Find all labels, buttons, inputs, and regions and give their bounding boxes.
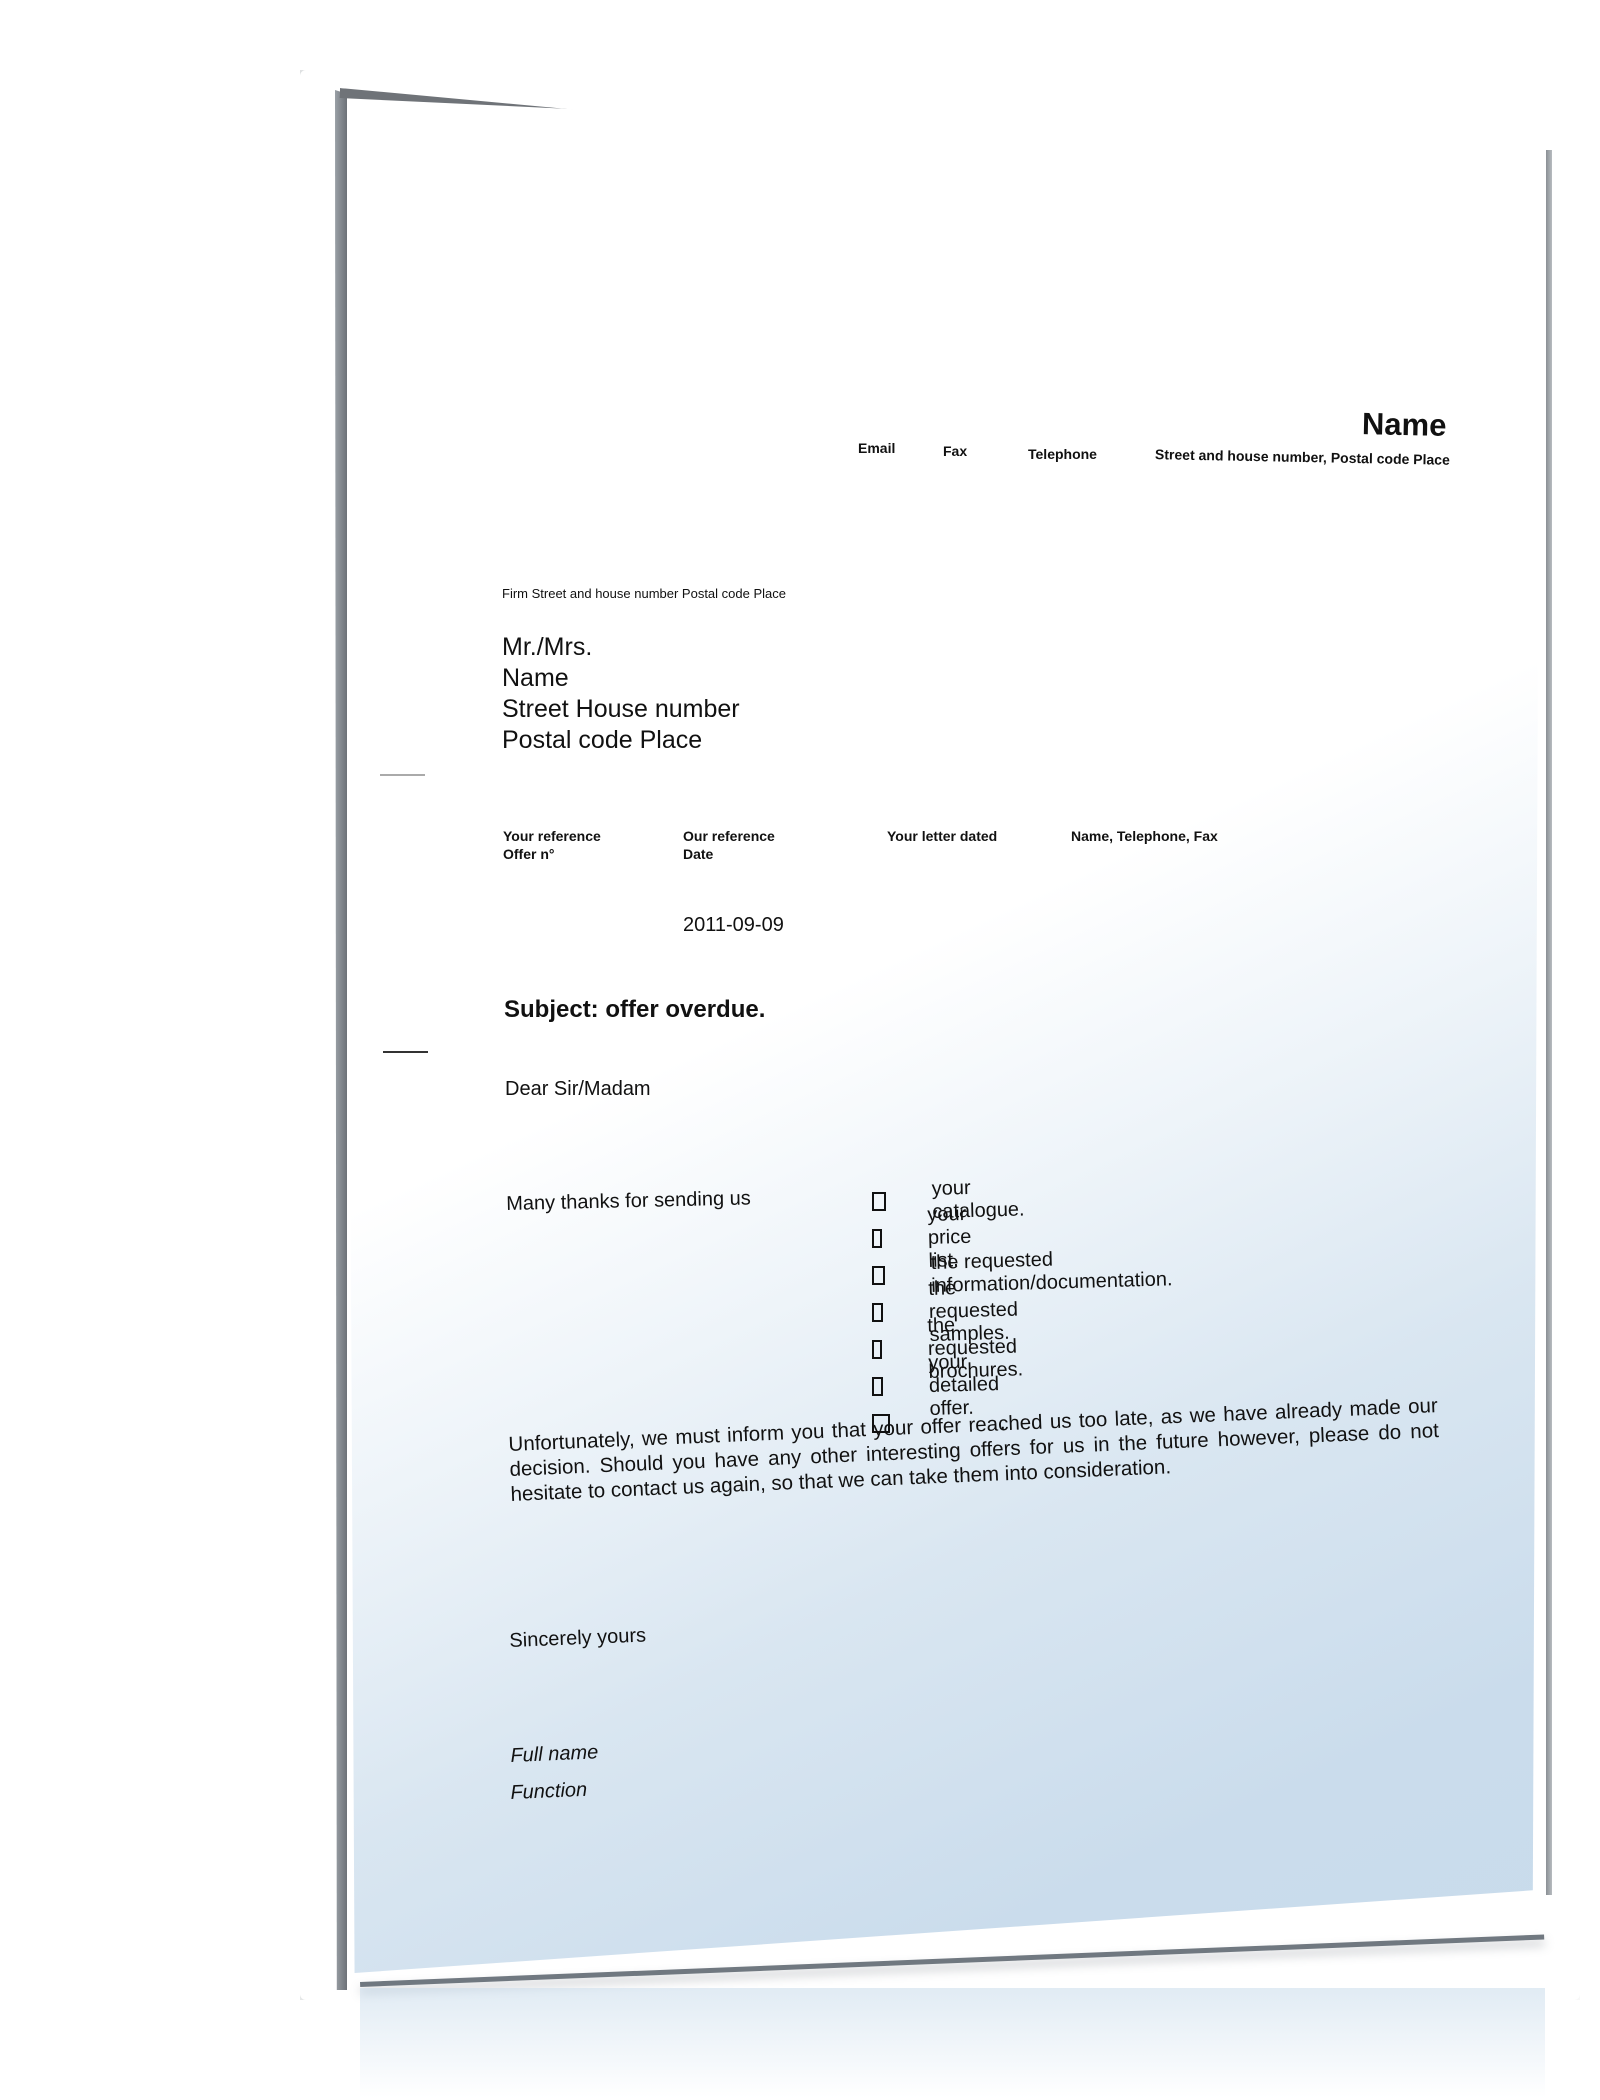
checkbox[interactable] bbox=[872, 1377, 883, 1396]
date-label: Date bbox=[683, 845, 775, 863]
letter-content: Name Email Fax Telephone Street and hous… bbox=[0, 0, 1600, 2100]
subject-line: Subject: offer overdue. bbox=[504, 996, 765, 1024]
letterhead-address: Street and house number, Postal code Pla… bbox=[1155, 446, 1450, 468]
recipient-street: Street House number bbox=[502, 694, 740, 725]
closing: Sincerely yours bbox=[509, 1625, 647, 1653]
ref-our-reference: Our reference Date bbox=[683, 827, 775, 863]
letterhead-fax: Fax bbox=[943, 443, 967, 459]
checkbox[interactable] bbox=[872, 1266, 885, 1285]
signature-function: Function bbox=[510, 1779, 588, 1805]
checkbox[interactable] bbox=[872, 1229, 882, 1248]
checkbox[interactable] bbox=[872, 1192, 886, 1211]
document-preview: Name Email Fax Telephone Street and hous… bbox=[0, 0, 1600, 2100]
fold-mark-middle bbox=[383, 1051, 428, 1053]
letterhead-email: Email bbox=[858, 440, 895, 456]
your-reference-label: Your reference bbox=[503, 827, 601, 845]
checklist-item: your detailed offer. bbox=[872, 1371, 1006, 1401]
fold-mark-top bbox=[380, 774, 425, 776]
offer-no-label: Offer n° bbox=[503, 845, 601, 863]
letterhead-telephone: Telephone bbox=[1028, 446, 1097, 462]
recipient-salutation: Mr./Mrs. bbox=[502, 632, 740, 663]
letterhead-name: Name bbox=[1362, 406, 1447, 444]
letter-date: 2011-09-09 bbox=[683, 914, 784, 937]
signature-full-name: Full name bbox=[510, 1741, 599, 1768]
ref-your-letter-dated: Your letter dated bbox=[887, 827, 997, 845]
intro-text: Many thanks for sending us bbox=[506, 1187, 751, 1216]
recipient-city: Postal code Place bbox=[502, 725, 740, 756]
recipient-name: Name bbox=[502, 663, 740, 694]
checkbox[interactable] bbox=[872, 1340, 882, 1359]
ref-contact: Name, Telephone, Fax bbox=[1071, 827, 1218, 845]
checkbox[interactable] bbox=[872, 1303, 883, 1322]
our-reference-label: Our reference bbox=[683, 827, 775, 845]
ref-your-reference: Your reference Offer n° bbox=[503, 827, 601, 863]
checklist-item: your price list. bbox=[872, 1223, 979, 1253]
sender-return-line: Firm Street and house number Postal code… bbox=[502, 586, 786, 601]
greeting: Dear Sir/Madam bbox=[505, 1078, 651, 1101]
recipient-address: Mr./Mrs. Name Street House number Postal… bbox=[502, 632, 740, 756]
